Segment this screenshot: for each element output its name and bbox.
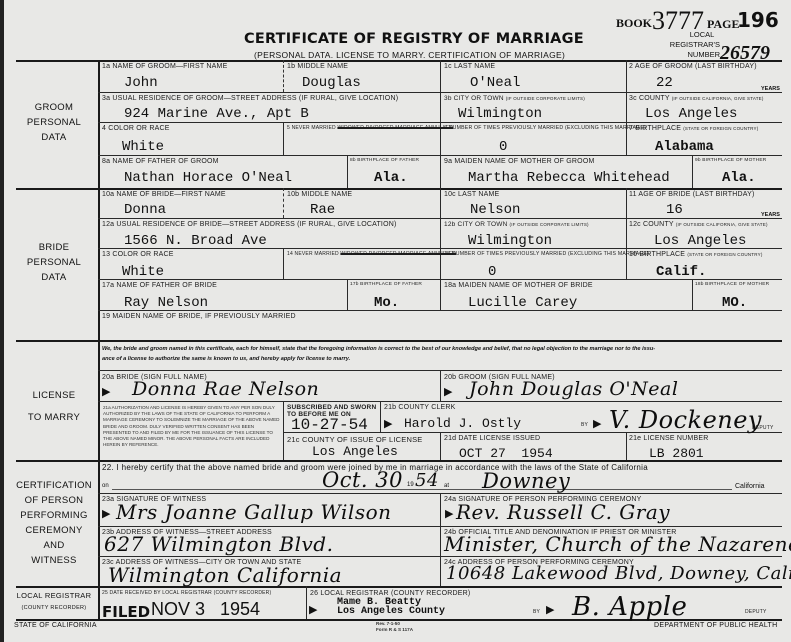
groom-age-label: 2 AGE OF GROOM (LAST BIRTHDAY) xyxy=(629,63,757,70)
by-label: BY xyxy=(581,422,588,428)
groom-mother-birthplace-label: 9b BIRTHPLACE OF MOTHER xyxy=(695,158,766,163)
bride-first-name-label: 10a NAME OF BRIDE—FIRST NAME xyxy=(102,191,226,198)
groom-mother: Martha Rebecca Whitehead xyxy=(468,170,670,186)
divider xyxy=(16,60,782,62)
divider xyxy=(692,279,693,310)
groom-mother-birthplace: Ala. xyxy=(722,170,756,186)
bride-middle-name: Rae xyxy=(310,202,335,218)
form-code: Rev. 7-1-50Form R & S 117A xyxy=(376,621,413,633)
bride-father: Ray Nelson xyxy=(124,295,208,311)
bride-marital-label: 14 NEVER MARRIED WIDOWED DIVORCED MARRIA… xyxy=(287,251,456,257)
divider xyxy=(440,188,441,310)
bride-middle-name-label: 10b MIDDLE NAME xyxy=(287,191,352,198)
section-groom: GROOMPERSONALDATA xyxy=(12,100,96,145)
bride-residence-label: 12a USUAL RESIDENCE OF BRIDE—STREET ADDR… xyxy=(102,221,397,228)
document-title: CERTIFICATE OF REGISTRY OF MARRIAGE xyxy=(244,31,584,47)
divider xyxy=(380,401,381,432)
divider xyxy=(98,401,782,402)
officiant-address: 10648 Lakewood Blvd, Downey, Calif xyxy=(446,563,791,584)
divider xyxy=(626,188,627,279)
bride-age: 16 xyxy=(666,202,683,218)
years-label: YEARS xyxy=(761,86,780,92)
bride-mother-birthplace: MO. xyxy=(722,295,747,311)
clerk-label: 21b COUNTY CLERK xyxy=(384,404,456,411)
bride-father-birthplace-label: 17b BIRTHPLACE OF FATHER xyxy=(350,282,422,287)
divider xyxy=(440,493,441,586)
deputy-signature: V. Dockeney xyxy=(609,406,762,434)
bride-times-married-label: 15 NUMBER OF TIMES PREVIOUSLY MARRIED (E… xyxy=(444,251,649,257)
section-certification: CERTIFICATIONOF PERSONPERFORMINGCEREMONY… xyxy=(12,478,96,568)
bride-last-name-label: 10c LAST NAME xyxy=(444,191,499,198)
divider xyxy=(440,60,441,188)
groom-county-label: 3c COUNTY (IF OUTSIDE CALIFORNIA, GIVE S… xyxy=(629,95,764,102)
registrar-deputy-signature: B. Apple xyxy=(572,592,687,622)
divider xyxy=(283,401,284,460)
arrow-icon: ▶ xyxy=(445,507,453,520)
deputy-label: DEPUTY xyxy=(745,609,766,615)
groom-age: 22 xyxy=(656,75,673,91)
divider xyxy=(283,60,284,92)
bride-father-label: 17a NAME OF FATHER OF BRIDE xyxy=(102,282,217,289)
bride-mother: Lucille Carey xyxy=(468,295,577,311)
footer-department: DEPARTMENT OF PUBLIC HEALTH xyxy=(654,622,778,629)
registrar-label-number: NUMBER xyxy=(654,50,720,59)
bride-birthplace-label: 16 BIRTHPLACE (STATE OR FOREIGN COUNTRY) xyxy=(629,251,763,258)
authorization-text: 21a AUTHORIZATION AND LICENSE IS HEREBY … xyxy=(103,405,281,448)
ceremony-place: Downey xyxy=(482,469,570,493)
at-label: at xyxy=(444,483,449,489)
county-clerk: Harold J. Ostly xyxy=(404,416,521,431)
license-number-label: 21e LICENSE NUMBER xyxy=(629,435,708,442)
divider xyxy=(692,155,693,188)
bride-residence: 1566 N. Broad Ave xyxy=(124,233,267,249)
footer-state: STATE OF CALIFORNIA xyxy=(14,622,97,629)
ceremony-date: Oct. 30 xyxy=(322,468,403,492)
groom-father: Nathan Horace O'Neal xyxy=(124,170,292,186)
divider xyxy=(440,370,441,401)
registrar-label-registrars: REGISTRAR'S xyxy=(654,40,720,49)
groom-birthplace: Alabama xyxy=(655,139,714,155)
groom-residence-label: 3a USUAL RESIDENCE OF GROOM—STREET ADDRE… xyxy=(102,95,398,102)
officiant-title: Minister, Church of the Nazarene xyxy=(444,532,791,556)
arrow-icon: ▶ xyxy=(384,417,392,430)
on-label: on xyxy=(102,483,109,489)
groom-times-married-label: 6 NUMBER OF TIMES PREVIOUSLY MARRIED (EX… xyxy=(444,125,646,131)
section-bride: BRIDEPERSONALDATA xyxy=(12,240,96,285)
date-issued-label: 21d DATE LICENSE ISSUED xyxy=(444,435,540,442)
arrow-icon: ▶ xyxy=(102,507,110,520)
groom-race-label: 4 COLOR OR RACE xyxy=(102,125,170,132)
witness-street: 627 Wilmington Blvd. xyxy=(104,532,333,556)
bride-maiden-name-label: 19 MAIDEN NAME OF BRIDE, IF PREVIOUSLY M… xyxy=(102,313,296,320)
arrow-icon: ▶ xyxy=(102,385,110,398)
document-subtitle: (PERSONAL DATA. LICENSE TO MARRY. CERTIF… xyxy=(254,50,565,60)
groom-marital-label: 5 NEVER MARRIED WIDOWED DIVORCED MARRIAG… xyxy=(287,125,453,131)
filed-label: FILED xyxy=(102,603,150,621)
bride-city: Wilmington xyxy=(468,233,552,249)
arrow-icon: ▶ xyxy=(546,603,554,616)
bride-mother-label: 18a MAIDEN NAME OF MOTHER OF BRIDE xyxy=(444,282,593,289)
divider xyxy=(283,122,284,155)
arrow-icon: ▶ xyxy=(309,603,317,616)
groom-birthplace-label: 7 BIRTHPLACE (STATE OR FOREIGN COUNTRY) xyxy=(629,125,758,132)
bride-race: White xyxy=(122,264,164,280)
county-issue: Los Angeles xyxy=(312,444,398,459)
book-label: BOOK xyxy=(616,16,652,31)
local-registrar-label: 26 LOCAL REGISTRAR (COUNTY RECORDER) xyxy=(310,590,470,597)
groom-city: Wilmington xyxy=(458,106,542,122)
groom-residence: 924 Marine Ave., Apt B xyxy=(124,106,309,122)
divider xyxy=(626,60,627,155)
section-license: LICENSETO MARRY xyxy=(12,385,96,429)
state-california-label: California xyxy=(735,483,765,490)
date-received-label: 25 DATE RECEIVED BY LOCAL REGISTRAR (COU… xyxy=(102,590,271,596)
bride-city-label: 12b CITY OR TOWN (IF OUTSIDE CORPORATE L… xyxy=(444,221,589,228)
marriage-certificate: CERTIFICATE OF REGISTRY OF MARRIAGE (PER… xyxy=(0,0,791,642)
groom-middle-name: Douglas xyxy=(302,75,361,91)
groom-last-name-label: 1c LAST NAME xyxy=(444,63,495,70)
year-prefix: 19 xyxy=(407,482,414,488)
county-issue-label: 21c COUNTY OF ISSUE OF LICENSE xyxy=(287,435,422,444)
bride-birthplace: Calif. xyxy=(656,264,706,280)
divider xyxy=(16,188,782,190)
groom-first-name: John xyxy=(124,75,158,91)
registrar-county: Los Angeles County xyxy=(337,606,445,617)
ceremony-year: 54 xyxy=(415,470,439,491)
divider xyxy=(306,586,307,619)
page-number: 196 xyxy=(737,8,779,32)
groom-county: Los Angeles xyxy=(645,106,737,122)
arrow-icon: ▶ xyxy=(444,385,452,398)
divider xyxy=(98,60,100,619)
bride-county: Los Angeles xyxy=(654,233,746,249)
groom-last-name: O'Neal xyxy=(470,75,520,91)
groom-times-married: 0 xyxy=(499,139,507,155)
divider xyxy=(347,155,348,188)
witness-city: Wilmington California xyxy=(108,563,342,587)
divider xyxy=(283,248,284,279)
divider xyxy=(16,340,782,342)
groom-first-name-label: 1a NAME OF GROOM—FIRST NAME xyxy=(102,63,227,70)
divider xyxy=(440,432,441,460)
registrar-label-local: LOCAL xyxy=(684,30,720,39)
bride-mother-birthplace-label: 18b BIRTHPLACE OF MOTHER xyxy=(695,282,769,287)
groom-city-label: 3b CITY OR TOWN (IF OUTSIDE CORPORATE LI… xyxy=(444,95,585,102)
date-issued: OCT 27 1954 xyxy=(459,446,553,461)
bride-father-birthplace: Mo. xyxy=(374,295,399,311)
officiant-signature: Rev. Russell C. Gray xyxy=(456,500,670,524)
bride-age-label: 11 AGE OF BRIDE (LAST BIRTHDAY) xyxy=(629,191,755,198)
witness-signature: Mrs Joanne Gallup Wilson xyxy=(116,500,392,524)
bride-last-name: Nelson xyxy=(470,202,520,218)
license-number: LB 2801 xyxy=(649,446,704,461)
license-statement: We, the bride and groom named in this ce… xyxy=(102,344,791,364)
bride-times-married: 0 xyxy=(488,264,496,280)
divider xyxy=(283,188,284,218)
bride-race-label: 13 COLOR OR RACE xyxy=(102,251,174,258)
groom-race: White xyxy=(122,139,164,155)
groom-middle-name-label: 1b MIDDLE NAME xyxy=(287,63,348,70)
years-label: YEARS xyxy=(761,212,780,218)
groom-mother-label: 9a MAIDEN NAME OF MOTHER OF GROOM xyxy=(444,158,595,165)
deputy-label: DEPUTY xyxy=(752,425,773,431)
bride-county-label: 12c COUNTY (IF OUTSIDE CALIFORNIA, GIVE … xyxy=(629,221,768,228)
divider xyxy=(626,432,627,460)
arrow-icon: ▶ xyxy=(593,417,601,430)
groom-signature: John Douglas O'Neal xyxy=(469,378,678,400)
bride-signature: Donna Rae Nelson xyxy=(132,378,319,400)
section-registrar: LOCAL REGISTRAR(COUNTY RECORDER) xyxy=(12,590,96,614)
divider xyxy=(347,279,348,310)
groom-father-birthplace: Ala. xyxy=(374,170,408,186)
sworn-date: 10-27-54 xyxy=(291,416,368,434)
by-label: BY xyxy=(533,609,540,615)
bride-first-name: Donna xyxy=(124,202,166,218)
groom-father-label: 8a NAME OF FATHER OF GROOM xyxy=(102,158,219,165)
filed-date: NOV 3 1954 xyxy=(151,599,260,620)
groom-father-birthplace-label: 8b BIRTHPLACE OF FATHER xyxy=(350,158,419,163)
